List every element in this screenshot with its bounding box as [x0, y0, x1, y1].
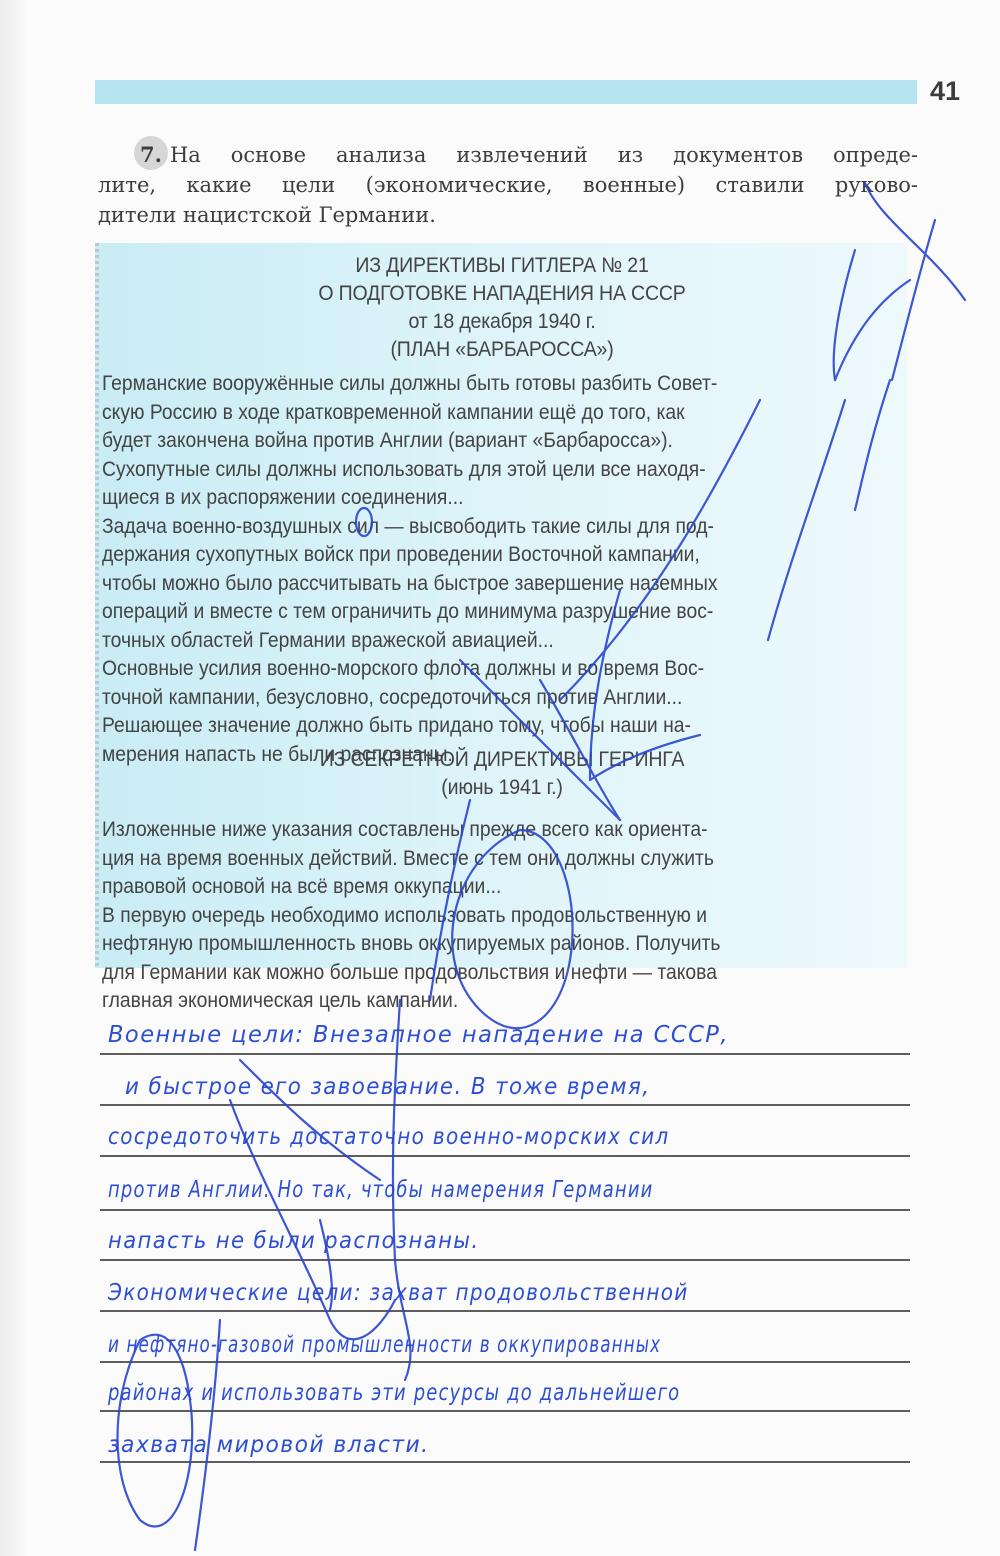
handwritten-answer-line: напасть не были распознаны.	[108, 1228, 479, 1254]
task-line: 7.На основе анализа извлечений из докуме…	[98, 140, 918, 170]
answer-rule-line	[100, 1461, 910, 1463]
document-body: Германские вооружённые силы должны быть …	[102, 370, 902, 769]
handwritten-answer-line: против Англии. Но так, чтобы намерения Г…	[108, 1177, 654, 1203]
handwritten-answer-line: захвата мировой власти.	[108, 1432, 429, 1458]
handwritten-answer-line: и быстрое его завоевание. В тоже время,	[125, 1074, 650, 1100]
page-number: 41	[930, 76, 960, 107]
handwritten-answer-line: Военные цели: Внезапное нападение на ССС…	[108, 1022, 729, 1048]
task-line: лите, какие цели (экономические, военные…	[98, 170, 918, 200]
answer-rule-line	[100, 1410, 910, 1412]
answer-rule-line	[100, 1155, 910, 1157]
document-goering-directive: ИЗ СЕКРЕТНОЙ ДИРЕКТИВЫ ГЕРИНГА (июнь 194…	[102, 746, 902, 1016]
task-line: дители нацистской Германии.	[98, 200, 918, 230]
document-hitler-directive: ИЗ ДИРЕКТИВЫ ГИТЛЕРА № 21 О ПОДГОТОВКЕ Н…	[102, 252, 902, 769]
page-edge-shadow	[0, 0, 28, 1556]
handwritten-answer-line: и нефтяно-газовой промышленности в оккуп…	[108, 1332, 661, 1358]
document-title: ИЗ ДИРЕКТИВЫ ГИТЛЕРА № 21 О ПОДГОТОВКЕ Н…	[130, 252, 874, 364]
answer-rule-line	[100, 1104, 910, 1106]
answer-rule-line	[100, 1209, 910, 1211]
answer-rule-line	[100, 1053, 910, 1055]
handwritten-answer-line: Экономические цели: захват продовольстве…	[108, 1280, 689, 1306]
header-accent-bar	[95, 80, 917, 104]
document-title: ИЗ СЕКРЕТНОЙ ДИРЕКТИВЫ ГЕРИНГА (июнь 194…	[130, 746, 874, 802]
handwritten-answer-line: сосредоточить достаточно военно-морских …	[108, 1124, 670, 1150]
task-prompt: 7.На основе анализа извлечений из докуме…	[98, 140, 918, 230]
document-body: Изложенные ниже указания составлены преж…	[102, 816, 902, 1016]
answer-rule-line	[100, 1361, 910, 1363]
task-number: 7.	[140, 142, 162, 167]
answer-rule-line	[100, 1310, 910, 1312]
handwritten-answer-line: районах и использовать эти ресурсы до да…	[108, 1380, 680, 1406]
answer-rule-line	[100, 1259, 910, 1261]
